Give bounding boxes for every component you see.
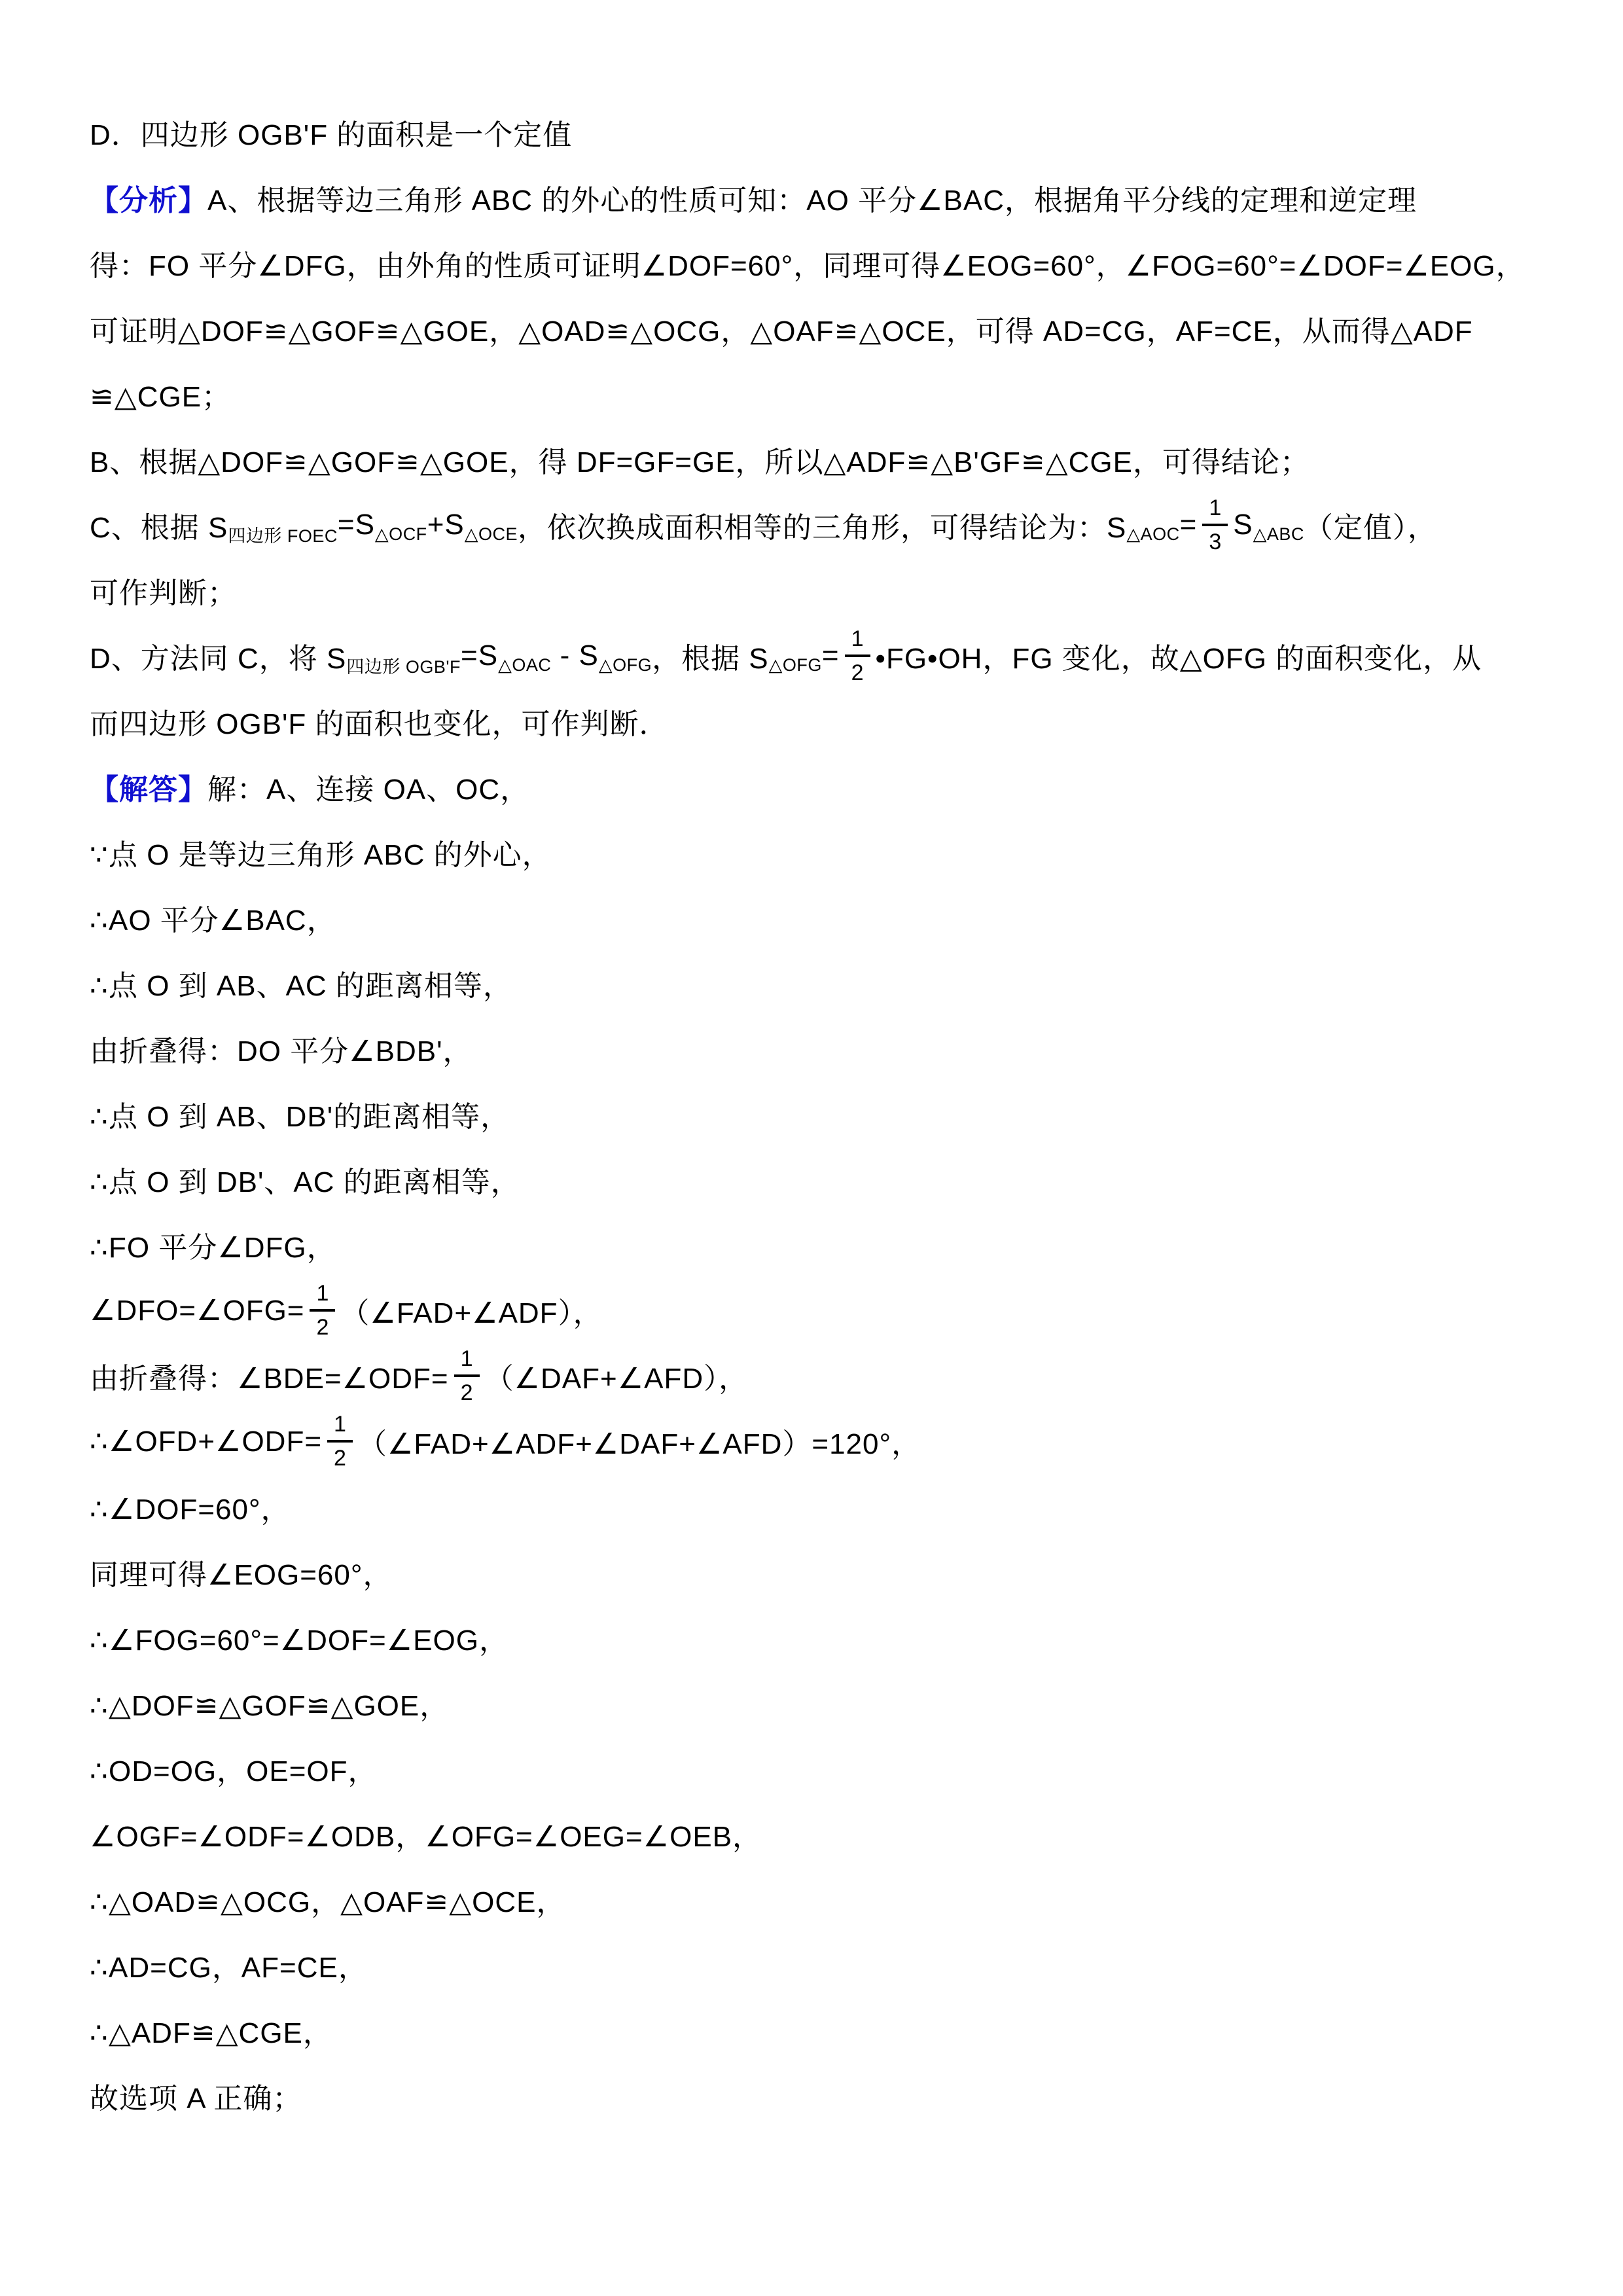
- body-text: ∴△ADF≌△CGE，: [90, 2009, 332, 2051]
- text-line: ∠DFO=∠OFG=12（∠FAD+∠ADF），: [90, 1278, 1585, 1343]
- body-text: ∴△DOF≌△GOF≌△GOE，: [90, 1682, 449, 1724]
- text-line: ∴FO 平分∠DFG，: [90, 1212, 1585, 1278]
- body-text: +S: [427, 509, 465, 541]
- text-line: 由折叠得：∠BDE=∠ODF=12（∠DAF+∠AFD），: [90, 1343, 1585, 1408]
- text-line: 故选项 A 正确；: [90, 2063, 1585, 2128]
- body-text: 而四边形 OGB'F 的面积也变化，可作判断．: [90, 700, 669, 742]
- text-line: 可作判断；: [90, 558, 1585, 623]
- fraction-numerator: 1: [1202, 495, 1228, 526]
- body-text: 由折叠得：∠BDE=∠ODF=: [90, 1355, 449, 1397]
- text-line: ∴∠DOF=60°，: [90, 1474, 1585, 1539]
- body-text: 解：A、连接 OA、OC，: [207, 766, 529, 808]
- body-text: =: [822, 639, 840, 672]
- body-text: ∴点 O 到 AB、AC 的距离相等，: [90, 962, 512, 1004]
- text-line: C、根据 S四边形 FOEC=S△OCF+S△OCE，依次换成面积相等的三角形，…: [90, 492, 1585, 558]
- subscript-text: △OFG: [599, 655, 652, 675]
- text-line: ∵点 O 是等边三角形 ABC 的外心，: [90, 819, 1585, 885]
- text-line: ∴OD=OG，OE=OF，: [90, 1736, 1585, 1801]
- fraction-numerator: 1: [845, 626, 870, 657]
- body-text: ∴点 O 到 DB'、AC 的距离相等，: [90, 1158, 520, 1200]
- body-text: 由折叠得：DO 平分∠BDB'，: [90, 1028, 473, 1069]
- text-line: ∴点 O 到 AB、DB'的距离相等，: [90, 1081, 1585, 1147]
- text-line: ∠OGF=∠ODF=∠ODB，∠OFG=∠OEG=∠OEB，: [90, 1801, 1585, 1867]
- body-text: B、根据△DOF≌△GOF≌△GOE，得 DF=GF=GE，所以△ADF≌△B'…: [90, 439, 1310, 480]
- text-line: ∴点 O 到 DB'、AC 的距离相等，: [90, 1147, 1585, 1212]
- fraction: 12: [310, 1281, 335, 1340]
- text-line: 而四边形 OGB'F 的面积也变化，可作判断．: [90, 689, 1585, 754]
- section-label: 【分析】: [90, 177, 207, 219]
- body-text: 故选项 A 正确；: [90, 2075, 302, 2117]
- body-text: （∠FAD+∠ADF），: [340, 1289, 602, 1331]
- text-line: ∴△DOF≌△GOF≌△GOE，: [90, 1670, 1585, 1736]
- body-text: ∴FO 平分∠DFG，: [90, 1224, 336, 1266]
- fraction: 13: [1202, 495, 1228, 554]
- body-text: A、根据等边三角形 ABC 的外心的性质可知：AO 平分∠BAC，根据角平分线的…: [207, 177, 1417, 219]
- body-text: ∴△OAD≌△OCG，△OAF≌△OCE，: [90, 1878, 565, 1920]
- text-line: 得：FO 平分∠DFG，由外角的性质可证明∠DOF=60°，同理可得∠EOG=6…: [90, 230, 1585, 296]
- text-line: D．四边形 OGB'F 的面积是一个定值: [90, 99, 1585, 165]
- body-text: ∴∠FOG=60°=∠DOF=∠EOG，: [90, 1617, 508, 1659]
- fraction: 12: [454, 1346, 480, 1405]
- fraction-numerator: 1: [454, 1346, 480, 1377]
- text-line: ∴∠FOG=60°=∠DOF=∠EOG，: [90, 1605, 1585, 1670]
- text-line: 【解答】解：A、连接 OA、OC，: [90, 754, 1585, 819]
- body-text: （定值），: [1304, 504, 1437, 546]
- body-text: 同理可得∠EOG=60°，: [90, 1551, 392, 1593]
- fraction-denominator: 2: [310, 1312, 335, 1340]
- body-text: ∴OD=OG，OE=OF，: [90, 1748, 378, 1789]
- text-line: ∴∠OFD+∠ODF=12（∠FAD+∠ADF+∠DAF+∠AFD）=120°，: [90, 1408, 1585, 1474]
- body-text: ∴AO 平分∠BAC，: [90, 897, 336, 939]
- body-text: ，依次换成面积相等的三角形，可得结论为：S: [518, 504, 1126, 546]
- text-line: ∴△OAD≌△OCG，△OAF≌△OCE，: [90, 1867, 1585, 1932]
- text-line: ∴AD=CG，AF=CE，: [90, 1932, 1585, 1998]
- body-text: D、方法同 C，将 S: [90, 635, 346, 677]
- text-line: ∴△ADF≌△CGE，: [90, 1998, 1585, 2063]
- text-line: 可证明△DOF≌△GOF≌△GOE，△OAD≌△OCG，△OAF≌△OCE，可得…: [90, 296, 1585, 361]
- text-line: 【分析】A、根据等边三角形 ABC 的外心的性质可知：AO 平分∠BAC，根据角…: [90, 165, 1585, 230]
- subscript-text: △OAC: [498, 655, 551, 675]
- fraction-denominator: 2: [845, 657, 870, 685]
- text-line: B、根据△DOF≌△GOF≌△GOE，得 DF=GF=GE，所以△ADF≌△B'…: [90, 427, 1585, 492]
- body-text: ∴∠OFD+∠ODF=: [90, 1425, 322, 1458]
- body-text: 可证明△DOF≌△GOF≌△GOE，△OAD≌△OCG，△OAF≌△OCE，可得…: [90, 308, 1473, 350]
- body-text: ∴AD=CG，AF=CE，: [90, 1944, 368, 1986]
- text-line: 由折叠得：DO 平分∠BDB'，: [90, 1016, 1585, 1081]
- subscript-text: △OFG: [769, 655, 822, 675]
- text-line: D、方法同 C，将 S四边形 OGB'F=S△OAC - S△OFG，根据 S△…: [90, 623, 1585, 689]
- body-text: 可作判断；: [90, 569, 237, 611]
- subscript-text: △ABC: [1253, 524, 1304, 545]
- body-text: ∴∠DOF=60°，: [90, 1486, 291, 1528]
- subscript-text: △OCE: [465, 524, 518, 545]
- body-text: •FG•OH，FG 变化，故△OFG 的面积变化，从: [876, 635, 1482, 677]
- subscript-text: 四边形 OGB'F: [346, 653, 461, 678]
- body-text: =S: [461, 639, 498, 672]
- body-text: ≌△CGE；: [90, 373, 231, 415]
- text-line: 同理可得∠EOG=60°，: [90, 1539, 1585, 1605]
- body-text: D．四边形 OGB'F 的面积是一个定值: [90, 111, 572, 153]
- body-text: （∠DAF+∠AFD），: [485, 1355, 749, 1397]
- fraction: 12: [845, 626, 870, 685]
- text-line: ∴点 O 到 AB、AC 的距离相等，: [90, 950, 1585, 1016]
- document-page: D．四边形 OGB'F 的面积是一个定值【分析】A、根据等边三角形 ABC 的外…: [0, 0, 1623, 2296]
- text-line: ∴AO 平分∠BAC，: [90, 885, 1585, 950]
- fraction-denominator: 2: [454, 1377, 480, 1405]
- body-text: ∠OGF=∠ODF=∠ODB，∠OFG=∠OEG=∠OEB，: [90, 1813, 762, 1855]
- body-text: ，根据 S: [652, 635, 769, 677]
- body-text: 得：FO 平分∠DFG，由外角的性质可证明∠DOF=60°，同理可得∠EOG=6…: [90, 242, 1525, 284]
- section-label: 【解答】: [90, 766, 207, 808]
- body-text: ∠DFO=∠OFG=: [90, 1294, 304, 1327]
- body-text: =: [1180, 509, 1198, 541]
- body-text: （∠FAD+∠ADF+∠DAF+∠AFD）=120°，: [358, 1420, 921, 1462]
- fraction-denominator: 2: [327, 1443, 353, 1471]
- fraction-numerator: 1: [327, 1412, 353, 1443]
- subscript-text: 四边形 FOEC: [228, 522, 338, 547]
- body-text: S: [1233, 509, 1253, 541]
- text-line: ≌△CGE；: [90, 361, 1585, 427]
- body-text: - S: [551, 639, 598, 672]
- subscript-text: △AOC: [1126, 524, 1179, 545]
- body-text: =S: [338, 509, 375, 541]
- body-text: ∴点 O 到 AB、DB'的距离相等，: [90, 1093, 510, 1135]
- body-text: ∵点 O 是等边三角形 ABC 的外心，: [90, 831, 552, 873]
- fraction-numerator: 1: [310, 1281, 335, 1312]
- fraction: 12: [327, 1412, 353, 1471]
- fraction-denominator: 3: [1202, 526, 1228, 554]
- body-text: C、根据 S: [90, 504, 228, 546]
- subscript-text: △OCF: [375, 524, 427, 545]
